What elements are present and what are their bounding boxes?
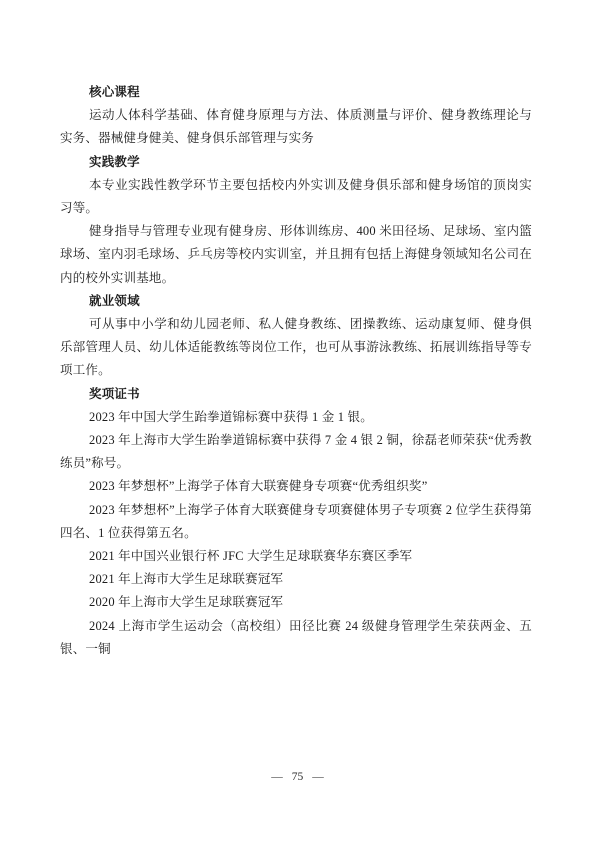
section-heading-core-courses: 核心课程 xyxy=(60,81,532,104)
paragraph-core-courses: 运动人体科学基础、体育健身原理与方法、体质测量与评价、健身教练理论与实务、器械健… xyxy=(60,104,532,150)
paragraph-award-2020-football: 2020 年上海市大学生足球联赛冠军 xyxy=(60,591,532,614)
paragraph-employment: 可从事中小学和幼儿园老师、私人健身教练、团操教练、运动康复师、健身俱乐部管理人员… xyxy=(60,313,532,383)
section-heading-awards: 奖项证书 xyxy=(60,383,532,406)
paragraph-practice-facilities: 健身指导与管理专业现有健身房、形体训练房、400 米田径场、足球场、室内篮球场、… xyxy=(60,220,532,290)
paragraph-award-2021-jfc: 2021 年中国兴业银行杯 JFC 大学生足球联赛华东赛区季军 xyxy=(60,545,532,568)
document-page: 核心课程 运动人体科学基础、体育健身原理与方法、体质测量与评价、健身教练理论与实… xyxy=(0,0,595,842)
page-footer: —75— xyxy=(0,770,595,785)
paragraph-award-2024-athletics: 2024 上海市学生运动会（高校组）田径比赛 24 级健身管理学生荣获两金、五银… xyxy=(60,615,532,661)
page-number: 75 xyxy=(292,770,304,785)
page-content: 核心课程 运动人体科学基础、体育健身原理与方法、体质测量与评价、健身教练理论与实… xyxy=(60,81,532,661)
paragraph-award-2023-dream-cup-org: 2023 年梦想杯”上海学子体育大联赛健身专项赛“优秀组织奖” xyxy=(60,475,532,498)
footer-left-dash: — xyxy=(271,770,283,785)
paragraph-award-2023-national: 2023 年中国大学生跆拳道锦标赛中获得 1 金 1 银。 xyxy=(60,406,532,429)
paragraph-award-2023-dream-cup-men: 2023 年梦想杯”上海学子体育大联赛健身专项赛健体男子专项赛 2 位学生获得第… xyxy=(60,499,532,545)
section-heading-employment: 就业领域 xyxy=(60,290,532,313)
footer-right-dash: — xyxy=(312,770,324,785)
paragraph-practice-overview: 本专业实践性教学环节主要包括校内外实训及健身俱乐部和健身场馆的顶岗实习等。 xyxy=(60,174,532,220)
paragraph-award-2023-shanghai: 2023 年上海市大学生跆拳道锦标赛中获得 7 金 4 银 2 铜，徐磊老师荣获… xyxy=(60,429,532,475)
section-heading-practice: 实践教学 xyxy=(60,151,532,174)
paragraph-award-2021-football: 2021 年上海市大学生足球联赛冠军 xyxy=(60,568,532,591)
